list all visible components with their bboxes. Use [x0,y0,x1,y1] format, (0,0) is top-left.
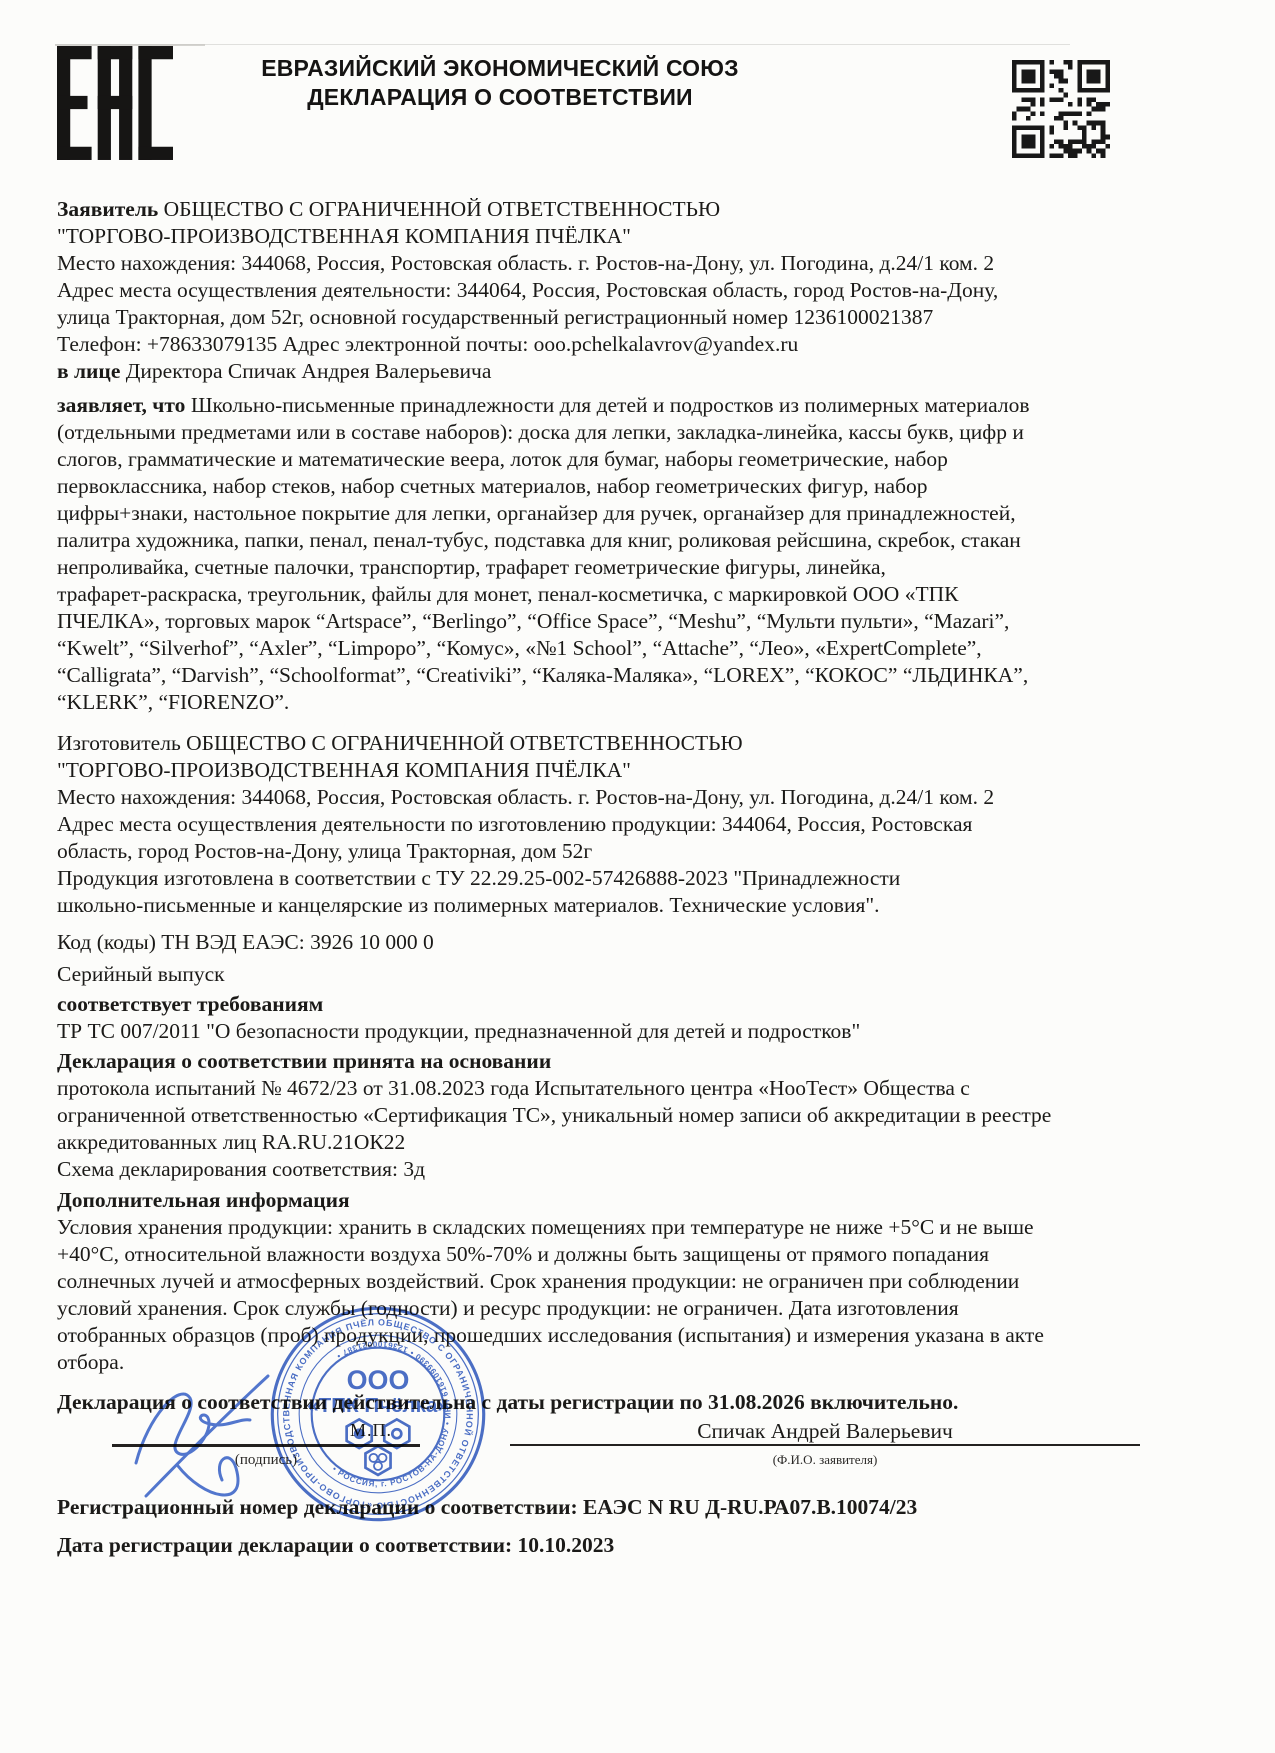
doc-line: ТР ТС 007/2011 "О безопасности продукции… [57,1018,1217,1045]
doc-line: ПЧЕЛКА», торговых марок “Artspace”, “Ber… [57,608,1217,635]
doc-line: первоклассника, набор стеков, набор счет… [57,473,1217,500]
doc-line: Код (коды) ТН ВЭД ЕАЭС: 3926 10 000 0 [57,929,1217,956]
doc-line: “Calligrata”, “Darvish”, “Schoolformat”,… [57,662,1217,689]
doc-line: "ТОРГОВО-ПРОИЗВОДСТВЕННАЯ КОМПАНИЯ ПЧЁЛК… [57,223,1217,250]
doc-line: Дополнительная информация [57,1187,1217,1214]
doc-line: слогов, грамматические и математические … [57,446,1217,473]
doc-line: Заявитель ОБЩЕСТВО С ОГРАНИЧЕННОЙ ОТВЕТС… [57,196,1217,223]
doc-line: аккредитованных лиц RA.RU.21ОК22 [57,1129,1217,1156]
signer-name: Спичак Андрей Валерьевич [510,1419,1140,1444]
doc-line: улица Тракторная, дом 52г, основной госу… [57,304,1217,331]
declaration-document: { "header": { "title_line1": "ЕВРАЗИЙСКИ… [0,0,1275,1753]
doc-line: цифры+знаки, настольное покрытие для леп… [57,500,1217,527]
document-body: Заявитель ОБЩЕСТВО С ОГРАНИЧЕННОЙ ОТВЕТС… [57,196,1217,1416]
doc-line: палитра художника, папки, пенал, пенал-т… [57,527,1217,554]
doc-line: Место нахождения: 344068, Россия, Ростов… [57,250,1217,277]
handwritten-signature [118,1368,338,1528]
doc-line: отобранных образцов (проб) продукции, пр… [57,1322,1217,1349]
doc-line: Схема декларирования соответствия: 3д [57,1156,1217,1183]
doc-line: соответствует требованиям [57,991,1217,1018]
fio-caption: (Ф.И.О. заявителя) [510,1452,1140,1468]
doc-line: Телефон: +78633079135 Адрес электронной … [57,331,1217,358]
doc-line: "ТОРГОВО-ПРОИЗВОДСТВЕННАЯ КОМПАНИЯ ПЧЁЛК… [57,757,1217,784]
doc-line: Продукция изготовлена в соответствии с Т… [57,865,1217,892]
document-header: ЕВРАЗИЙСКИЙ ЭКОНОМИЧЕСКИЙ СОЮЗ ДЕКЛАРАЦИ… [170,54,830,112]
fio-line [510,1444,1140,1446]
scan-artifact-line [55,44,1070,45]
doc-line: (отдельными предметами или в составе наб… [57,419,1217,446]
stamp-bee-emblem [347,1419,410,1475]
doc-line: школьно-письменные и канцелярские из пол… [57,892,1217,919]
doc-line: Условия хранения продукции: хранить в ск… [57,1214,1217,1241]
registration-date-line: Дата регистрации декларации о соответств… [57,1533,614,1558]
doc-line: область, город Ростов-на-Дону, улица Тра… [57,838,1217,865]
doc-line: Изготовитель ОБЩЕСТВО С ОГРАНИЧЕННОЙ ОТВ… [57,730,1217,757]
doc-line: в лице Директора Спичак Андрея Валерьеви… [57,358,1217,385]
doc-line: заявляет, что Школьно-письменные принадл… [57,392,1217,419]
qr-code-icon [1012,60,1110,158]
doc-line: протокола испытаний № 4672/23 от 31.08.2… [57,1075,1217,1102]
doc-line: солнечных лучей и атмосферных воздействи… [57,1268,1217,1295]
header-title-line2: ДЕКЛАРАЦИЯ О СООТВЕТСТВИИ [170,83,830,112]
doc-line: Адрес места осуществления деятельности п… [57,811,1217,838]
doc-line: “Kwelt”, “Silverhof”, “Axler”, “Limpopo”… [57,635,1217,662]
doc-line: Серийный выпуск [57,961,1217,988]
doc-line: “KLERK”, “FIORENZO”. [57,689,1217,716]
doc-line: ограниченной ответственностью «Сертифика… [57,1102,1217,1129]
doc-line: Адрес места осуществления деятельности: … [57,277,1217,304]
doc-line: непроливайка, счетные палочки, транспорт… [57,554,1217,581]
stamp-center-ooo: ООО [347,1365,410,1395]
doc-line: Место нахождения: 344068, Россия, Ростов… [57,784,1217,811]
eac-logo-icon [57,46,173,160]
doc-line: трафарет-раскраска, треугольник, файлы д… [57,581,1217,608]
doc-line: Декларация о соответствии принята на осн… [57,1048,1217,1075]
doc-line: условий хранения. Срок службы (годности)… [57,1295,1217,1322]
header-title-line1: ЕВРАЗИЙСКИЙ ЭКОНОМИЧЕСКИЙ СОЮЗ [170,54,830,83]
doc-line: +40°С, относительной влажности воздуха 5… [57,1241,1217,1268]
